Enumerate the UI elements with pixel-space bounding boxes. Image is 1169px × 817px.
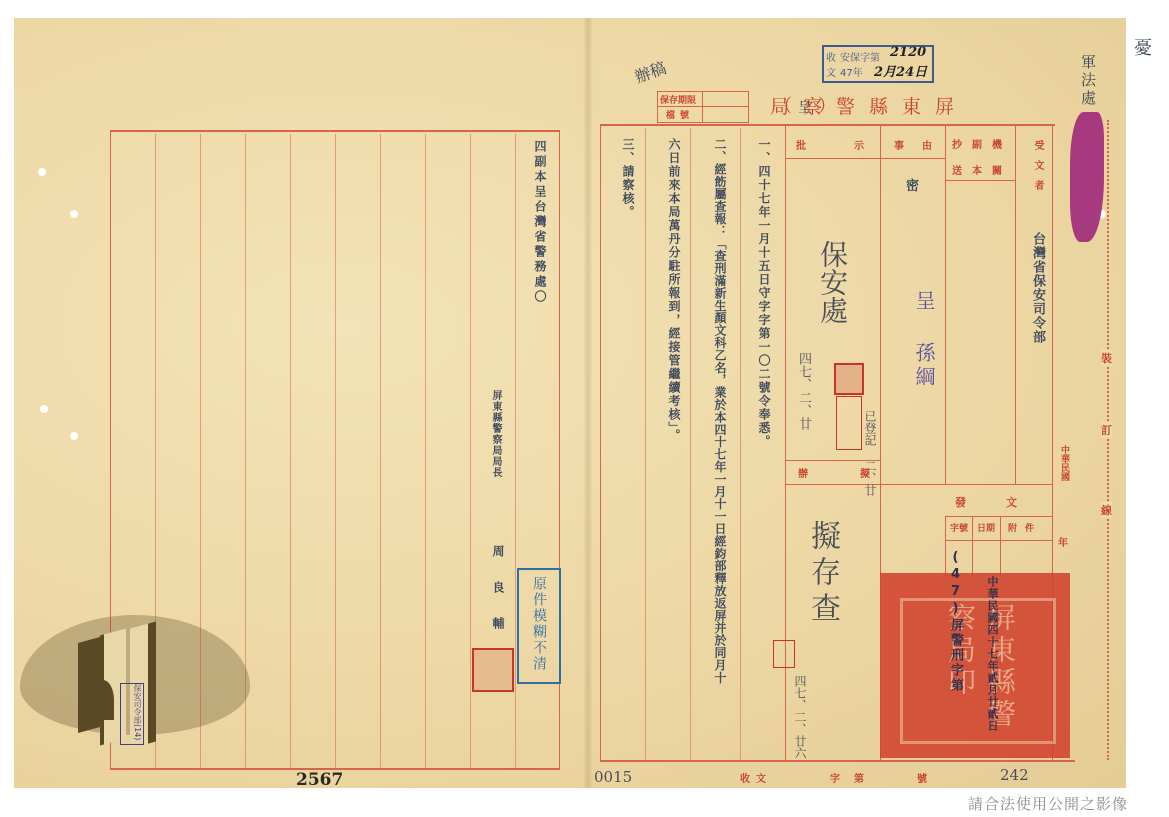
official-seal: 屏東縣警察局印 — [880, 573, 1070, 758]
column-rule — [1000, 516, 1001, 576]
corner-handwriting: 憂 — [1134, 34, 1152, 60]
signature-title: 屏東縣警察局局長 — [488, 390, 503, 478]
handwritten-note-purple: 呈 孫綱 — [910, 290, 939, 390]
binding-hole — [1128, 408, 1136, 416]
retention-label: 保存期限 — [660, 93, 696, 106]
receipt-stamp: 收 安保字第 2120 文 47年 2月24日 — [822, 45, 934, 83]
column-rule — [1015, 124, 1016, 484]
dispatch-label: 發文 — [955, 494, 1057, 510]
row-rule — [945, 516, 1052, 517]
blue-stamp-text: 原件模糊不清 — [529, 576, 549, 672]
handwritten-page-right: 242 — [1000, 766, 1029, 784]
receipt-number: 2120 — [890, 45, 926, 60]
file-number-label: 檔號 — [666, 108, 694, 121]
binding-hole — [38, 168, 46, 176]
left-page-top-rule — [110, 130, 560, 132]
recipient-label: 受文者 — [1030, 140, 1045, 200]
blue-stamp-box: 原件模糊不清 — [517, 568, 561, 684]
date-label: 日期 — [977, 521, 995, 534]
receipt-label: 收文 — [740, 770, 772, 785]
approval-seal-small — [834, 363, 864, 395]
row-rule — [880, 158, 945, 159]
body-item-4: 三、請察核。 — [620, 138, 637, 219]
body-item-2: 二、經飭屬查報：「查刑滿新生顏文科乙名，業於本四十七年一月十一日經鈞部釋放返屏并… — [712, 138, 729, 758]
doc-type-brackets: （呈） — [774, 92, 842, 118]
body-item-1: 一、四十七年一月十五日守字字第一〇二號令奉悉。 — [756, 138, 773, 449]
small-seal — [773, 640, 795, 668]
row-rule — [785, 484, 1052, 485]
right-page-top-rule — [600, 124, 1055, 126]
right-page-bottom-rule — [600, 760, 1075, 762]
column-rule — [335, 134, 336, 768]
logo-purple-stamp: 保安司令部(14) — [120, 683, 144, 745]
row-rule — [945, 540, 1052, 541]
personal-seal-stamp — [472, 648, 514, 692]
year-label: 年 — [1058, 534, 1068, 549]
receipt-date: 2月24日 — [874, 61, 927, 80]
binding-label: 訂 — [1101, 422, 1112, 438]
subject-value: 密 — [906, 175, 919, 194]
magenta-stain — [1070, 112, 1104, 242]
page-fold — [583, 18, 593, 788]
column-rule — [290, 134, 291, 768]
recipient-value: 台灣省保安司令部 — [1028, 232, 1047, 344]
column-rule — [645, 128, 646, 760]
body-item-3: 六日前來本局萬丹分駐所報到，經接管繼續考核」。 — [666, 138, 683, 443]
column-rule — [470, 134, 471, 768]
instruction-label: 批示 — [796, 137, 912, 152]
approval-seal-rect — [836, 396, 862, 450]
receipt-year: 47年 — [840, 64, 863, 79]
receipt-stamp-prefix: 收 — [826, 49, 836, 64]
handwritten-date: 四七、二、廿六 — [792, 675, 809, 759]
attachment-label: 附件 — [1008, 521, 1042, 534]
receipt-label: 字第 — [830, 770, 878, 785]
handwritten-instruction: 保安處 — [812, 240, 852, 324]
number-label: 字號 — [950, 521, 968, 534]
archive-logo-keyhole-icon — [92, 680, 114, 720]
cc-line: 四副本呈台灣省警務處〇 — [532, 140, 549, 305]
binding-hole — [70, 210, 78, 218]
handwritten-date: 四七、二、廿 — [794, 352, 813, 430]
cc-label: 抄副機 — [952, 136, 1012, 151]
row-rule — [945, 180, 1015, 181]
retention-box: 保存期限 檔號 — [657, 91, 749, 123]
handwritten-draft-store: 擬存查 — [800, 520, 844, 628]
binding-hole — [40, 405, 48, 413]
top-right-mark: 軍法處 — [1078, 54, 1099, 108]
usage-watermark: 請合法使用公開之影像 — [968, 793, 1128, 814]
left-page-number: 2567 — [296, 770, 343, 790]
signature-name: 周良輔 — [490, 545, 507, 653]
roc-label: 中華民國 — [1058, 445, 1071, 481]
column-rule — [380, 134, 381, 768]
column-rule — [600, 124, 601, 762]
row-rule — [785, 158, 880, 159]
approve-label: 辦 — [798, 465, 808, 480]
binding-line — [1107, 120, 1109, 760]
binding-hole — [70, 432, 78, 440]
column-rule — [740, 128, 741, 760]
handwritten-registration: 已登記 二、廿 — [862, 410, 879, 496]
dispatch-date-stamp: 中華民國四十七年貳月廿貳日 — [984, 576, 1000, 732]
column-rule — [972, 516, 973, 576]
column-rule — [690, 128, 691, 760]
binding-label: 裝 — [1101, 350, 1112, 366]
receipt-stamp-prefix: 文 — [826, 64, 836, 79]
column-rule — [425, 134, 426, 768]
cc-label: 送本關 — [952, 162, 1012, 177]
receipt-label: 號 — [917, 770, 927, 785]
doc-type: 呈 — [798, 100, 818, 116]
handwritten-page-left: 0015 — [594, 768, 632, 786]
column-rule — [515, 134, 516, 768]
dispatch-number-stamp: (47)屏警刑字第 — [946, 550, 965, 693]
binding-label: 線 — [1101, 502, 1112, 518]
column-rule — [945, 124, 946, 484]
